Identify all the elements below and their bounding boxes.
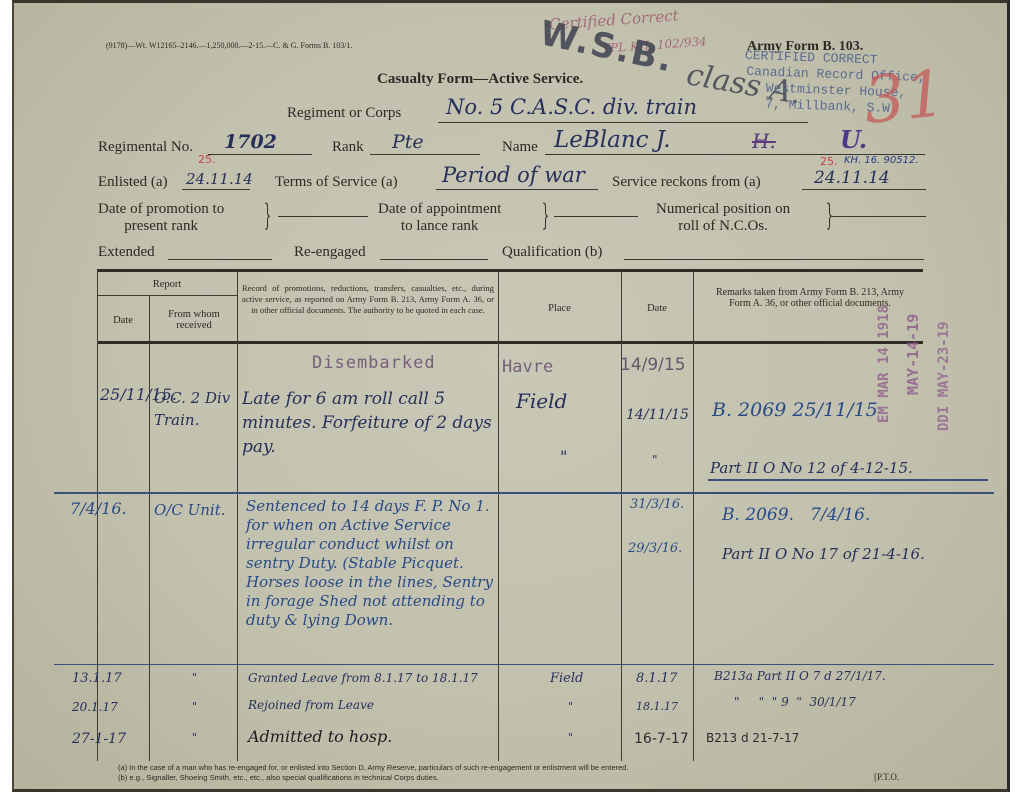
- regimental-no-label: Regimental No.: [98, 139, 193, 156]
- name-label: Name: [502, 139, 538, 156]
- promotion-label-line2: present rank: [98, 218, 224, 235]
- row4-date: 18.1.17: [636, 700, 678, 713]
- row4-record: Rejoined from Leave: [248, 698, 374, 712]
- service-reckons-line: [802, 189, 926, 190]
- row5-report-date: 27-1-17: [72, 731, 126, 747]
- purple-date-stamp-2: MAY-14-19: [904, 314, 922, 395]
- reengaged-label: Re-engaged: [294, 244, 366, 261]
- print-code: (9178)—Wt. W12165–2146.—1,250,000.—2-15.…: [106, 41, 353, 50]
- qualification-label: Qualification (b): [502, 244, 602, 261]
- column-line: [237, 271, 238, 761]
- nco-label-line2: roll of N.C.Os.: [656, 218, 790, 235]
- disembarked-stamp: Disembarked: [312, 353, 436, 373]
- promotion-label-line1: Date of promotion to: [98, 201, 224, 218]
- row5-place: ": [568, 731, 573, 744]
- regimental-no-value: 1702: [224, 131, 277, 153]
- report-subheader-line: [97, 295, 237, 296]
- appointment-label-line2: to lance rank: [378, 218, 501, 235]
- service-reckons-label: Service reckons from (a): [612, 174, 761, 191]
- row4-report-date: 20.1.17: [72, 700, 118, 714]
- purple-date-stamp-3: DDI MAY-23-19: [936, 321, 952, 431]
- row1-report-date: 25/11/15.: [100, 385, 148, 405]
- row3-date: 8.1.17: [636, 671, 677, 686]
- header-report: Report: [97, 279, 237, 290]
- form-title: Casualty Form—Active Service.: [377, 71, 583, 88]
- header-date: Date: [621, 303, 693, 314]
- extended-label: Extended: [98, 244, 155, 261]
- kh-reference: KH. 16. 90512.: [844, 155, 919, 166]
- name-value: LeBlanc J.: [554, 127, 671, 153]
- table-top-border: [97, 269, 923, 272]
- row-divider-blue: [54, 664, 994, 665]
- enlisted-value: 24.11.14: [186, 170, 253, 188]
- name-struck-initial: H.: [752, 129, 776, 153]
- header-from-whom: From whom received: [154, 309, 234, 331]
- nco-position-line: [832, 216, 926, 217]
- regimental-no-line: [208, 154, 312, 155]
- row3-from-whom: ": [192, 671, 197, 684]
- brace: }: [542, 201, 550, 231]
- nco-position-label: Numerical position on roll of N.C.Os.: [656, 201, 790, 235]
- enlisted-correction: 25.: [198, 153, 216, 166]
- row5-date: 16-7-17: [634, 731, 689, 747]
- row1-date-ditto: ": [652, 453, 658, 467]
- row2-remarks-part2: Part II O No 17 of 21-4-16.: [722, 545, 925, 563]
- row1-date: 14/11/15: [626, 407, 689, 423]
- rank-label: Rank: [332, 139, 364, 156]
- terms-line: [436, 189, 598, 190]
- enlisted-label: Enlisted (a): [98, 174, 168, 191]
- row2-remarks: B. 2069. 7/4/16.: [722, 505, 870, 525]
- appointment-line: [554, 216, 638, 217]
- row5-from-whom: ": [192, 731, 197, 744]
- header-report-date: Date: [97, 315, 149, 326]
- havre-stamp: Havre: [502, 357, 553, 377]
- appointment-label: Date of appointment to lance rank: [378, 201, 501, 235]
- qualification-line: [624, 259, 924, 260]
- row4-remarks: " " " 9 " 30/1/17: [734, 695, 856, 709]
- row3-remarks: B213a Part II O 7 d 27/1/17.: [714, 669, 886, 683]
- service-reckons-correction: 25.: [820, 155, 838, 168]
- header-record: Record of promotions, reductions, transf…: [242, 283, 494, 316]
- column-line: [149, 295, 150, 761]
- casualty-form-document: (9178)—Wt. W12165–2146.—1,250,000.—2-15.…: [12, 0, 1010, 792]
- row2-record: Sentenced to 14 days F. P. No 1. for whe…: [246, 497, 506, 630]
- row3-record: Granted Leave from 8.1.17 to 18.1.17: [248, 671, 478, 685]
- column-line: [621, 271, 622, 761]
- row3-place: Field: [550, 671, 583, 686]
- appointment-label-line1: Date of appointment: [378, 201, 501, 218]
- row5-remarks: B213 d 21-7-17: [706, 731, 799, 745]
- footnote-a: (a) In the case of a man who has re-enga…: [118, 763, 628, 772]
- promotion-label: Date of promotion to present rank: [98, 201, 224, 235]
- column-line: [693, 271, 694, 761]
- row2-date-second: 29/3/16.: [628, 541, 682, 556]
- please-turn-over: [P.T.O.: [874, 772, 899, 782]
- nco-label-line1: Numerical position on: [656, 201, 790, 218]
- regiment-value: No. 5 C.A.S.C. div. train: [446, 95, 697, 119]
- footnote-b: (b) e.g., Signaller, Shoeing Smith, etc.…: [118, 773, 439, 782]
- purple-date-stamp-1: EM MAR 14 1918: [876, 305, 892, 423]
- row1-place-ditto: ": [560, 447, 567, 466]
- terms-label: Terms of Service (a): [275, 174, 398, 191]
- row1-record: Late for 6 am roll call 5 minutes. Forfe…: [242, 387, 498, 459]
- reengaged-line: [380, 259, 488, 260]
- header-place: Place: [498, 303, 621, 314]
- rank-line: [370, 154, 480, 155]
- enlisted-line: [182, 189, 250, 190]
- service-reckons-value: 24.11.14: [814, 168, 890, 188]
- row-divider-blue: [54, 492, 994, 494]
- disembark-date-stamp: 14/9/15: [620, 355, 686, 375]
- row1-from-whom: O.C. 2 Div Train.: [154, 387, 236, 431]
- terms-value: Period of war: [442, 163, 585, 187]
- remarks-underline: [708, 479, 988, 481]
- row2-date: 31/3/16.: [630, 497, 684, 512]
- rank-value: Pte: [392, 131, 424, 153]
- regiment-line: [438, 122, 808, 123]
- red-file-number: 31: [860, 57, 949, 139]
- name-added-initial: U.: [840, 125, 867, 154]
- brace: }: [264, 201, 272, 231]
- extended-line: [168, 259, 272, 260]
- table-header-bottom-border: [97, 341, 923, 344]
- row3-report-date: 13.1.17: [72, 671, 122, 686]
- promotion-line: [278, 216, 368, 217]
- row1-place: Field: [516, 389, 567, 413]
- row1-remarks: B. 2069 25/11/15: [712, 399, 878, 421]
- regiment-label: Regiment or Corps: [287, 105, 401, 122]
- row2-from-whom: O/C Unit.: [154, 501, 226, 519]
- row4-from-whom: ": [192, 700, 197, 713]
- row2-report-date: 7/4/16.: [70, 499, 127, 518]
- row5-record: Admitted to hosp.: [248, 727, 392, 746]
- row4-place: ": [568, 700, 573, 713]
- row1-remarks-part2: Part II O No 12 of 4-12-15.: [710, 459, 913, 477]
